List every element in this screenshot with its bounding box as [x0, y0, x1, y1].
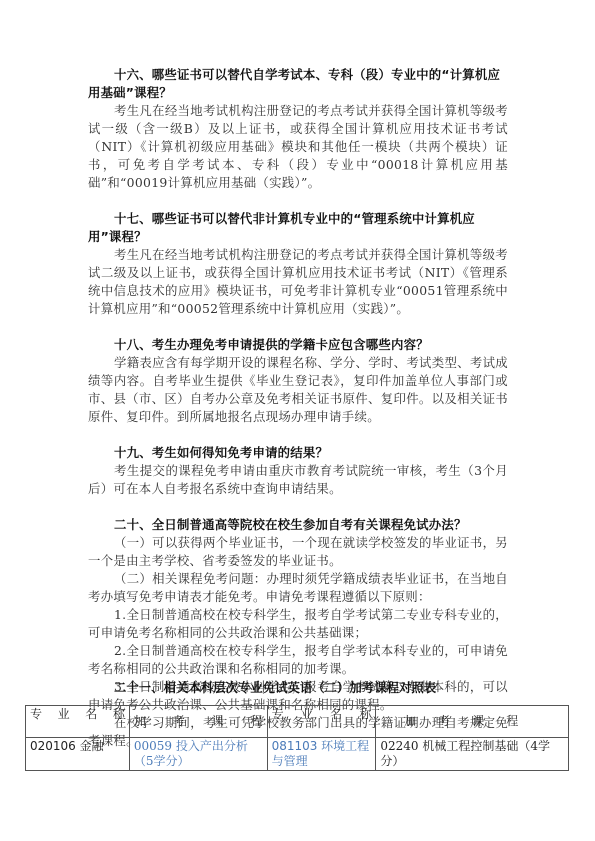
column-header-extra-course: 加考课程 — [376, 706, 569, 738]
column-header-major-name: 专业名称 — [26, 706, 130, 738]
table-cell-major: 020106 金融 — [26, 738, 130, 771]
section-heading: 十九、考生如何得知免考申请的结果？ — [88, 444, 508, 462]
section-17: 十七、哪些证书可以替代非计算机专业中的“管理系统中计算机应用”课程？ 考生凡在经… — [88, 210, 508, 318]
section-paragraph: 2.全日制普通高校在校专科学生，报考自学考试本科专业的，可申请免考名称相同的公共… — [88, 642, 508, 678]
section-paragraph: 考生提交的课程免考申请由重庆市教育考试院统一审核，考生（3个月后）可在本人自考报… — [88, 462, 508, 498]
table-cell-course: 00059 投入产出分析（5学分） — [129, 738, 267, 771]
column-header-major-name: 专业名称 — [267, 706, 376, 738]
section-19: 十九、考生如何得知免考申请的结果？ 考生提交的课程免考申请由重庆市教育考试院统一… — [88, 444, 508, 498]
section-paragraph: （一）可以获得两个毕业证书，一个现在就读学校签发的毕业证书，另一个是由主考学校、… — [88, 534, 508, 570]
table-cell-course: 02240 机械工程控制基础（4学分） — [376, 738, 569, 771]
course-comparison-table: 专业名称 加考课程 专业名称 加考课程 020106 金融 00059 投入产出… — [25, 705, 569, 771]
section-heading: 十七、哪些证书可以替代非计算机专业中的“管理系统中计算机应用”课程？ — [88, 210, 508, 246]
section-heading: 十六、哪些证书可以替代自学考试本、专科（段）专业中的“计算机应用基础”课程？ — [88, 66, 508, 102]
table-heading: 二十一、相关本科层次专业免试英语（二）加考课程对照表 — [88, 678, 436, 696]
section-heading: 十八、考生办理免考申请提供的学籍卡应包含哪些内容？ — [88, 336, 508, 354]
section-16: 十六、哪些证书可以替代自学考试本、专科（段）专业中的“计算机应用基础”课程？ 考… — [88, 66, 508, 192]
section-paragraph: 考生凡在经当地考试机构注册登记的考点考试并获得全国计算机等级考试二级及以上证书，… — [88, 246, 508, 318]
document-body: 十六、哪些证书可以替代自学考试本、专科（段）专业中的“计算机应用基础”课程？ 考… — [88, 66, 508, 768]
section-paragraph: 考生凡在经当地考试机构注册登记的考点考试并获得全国计算机等级考试一级（含一级B）… — [88, 102, 508, 192]
section-heading: 二十、全日制普通高等院校在校生参加自考有关课程免试办法？ — [88, 516, 508, 534]
course-table-wrapper: 专业名称 加考课程 专业名称 加考课程 020106 金融 00059 投入产出… — [25, 705, 569, 771]
section-paragraph: （二）相关课程免考问题：办理时须凭学籍成绩表毕业证书，在当地自考办填写免考申请表… — [88, 570, 508, 606]
table-header-row: 专业名称 加考课程 专业名称 加考课程 — [26, 706, 569, 738]
section-paragraph: 学籍表应含有每学期开设的课程名称、学分、学时、考试类型、考试成绩等内容。自考毕业… — [88, 354, 508, 426]
section-paragraph: 1.全日制普通高校在校专科学生，报考自学考试第二专业专科专业的，可申请免考名称相… — [88, 606, 508, 642]
column-header-extra-course: 加考课程 — [129, 706, 267, 738]
table-cell-major: 081103 环境工程与管理 — [267, 738, 376, 771]
table-row: 020106 金融 00059 投入产出分析（5学分） 081103 环境工程与… — [26, 738, 569, 771]
section-18: 十八、考生办理免考申请提供的学籍卡应包含哪些内容？ 学籍表应含有每学期开设的课程… — [88, 336, 508, 426]
